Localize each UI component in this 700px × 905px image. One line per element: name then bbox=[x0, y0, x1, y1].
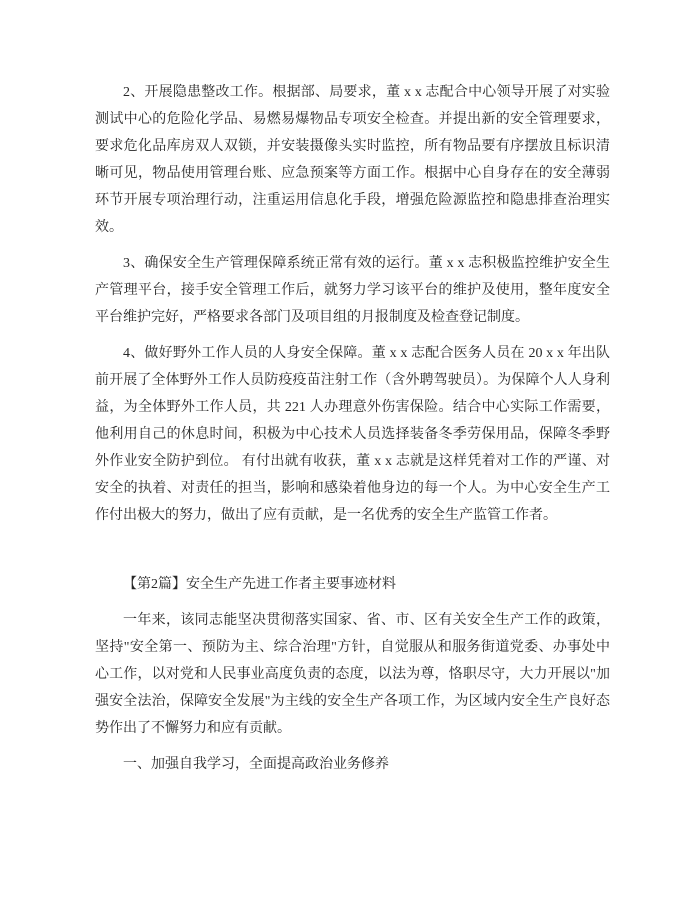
document-content: 2、开展隐患整改工作。根据部、局要求，董 x x 志配合中心领导开展了对实验测试… bbox=[0, 0, 700, 778]
paragraph-year-overview: 一年来，该同志能坚决贯彻落实国家、省、市、区有关安全生产工作的政策，坚持"安全第… bbox=[95, 607, 610, 742]
section-title-part-2: 【第2篇】安全生产先进工作者主要事迹材料 bbox=[95, 571, 610, 598]
paragraph-hidden-danger-rectification: 2、开展隐患整改工作。根据部、局要求，董 x x 志配合中心领导开展了对实验测试… bbox=[95, 79, 610, 241]
document-page: 2、开展隐患整改工作。根据部、局要求，董 x x 志配合中心领导开展了对实验测试… bbox=[0, 0, 700, 905]
subsection-heading-self-study: 一、加强自我学习，全面提高政治业务修养 bbox=[95, 751, 610, 778]
paragraph-field-staff-safety: 4、做好野外工作人员的人身安全保障。董 x x 志配合医务人员在 20 x x … bbox=[95, 340, 610, 529]
paragraph-safety-management-platform: 3、确保安全生产管理保障系统正常有效的运行。董 x x 志积极监控维护安全生产管… bbox=[95, 250, 610, 331]
